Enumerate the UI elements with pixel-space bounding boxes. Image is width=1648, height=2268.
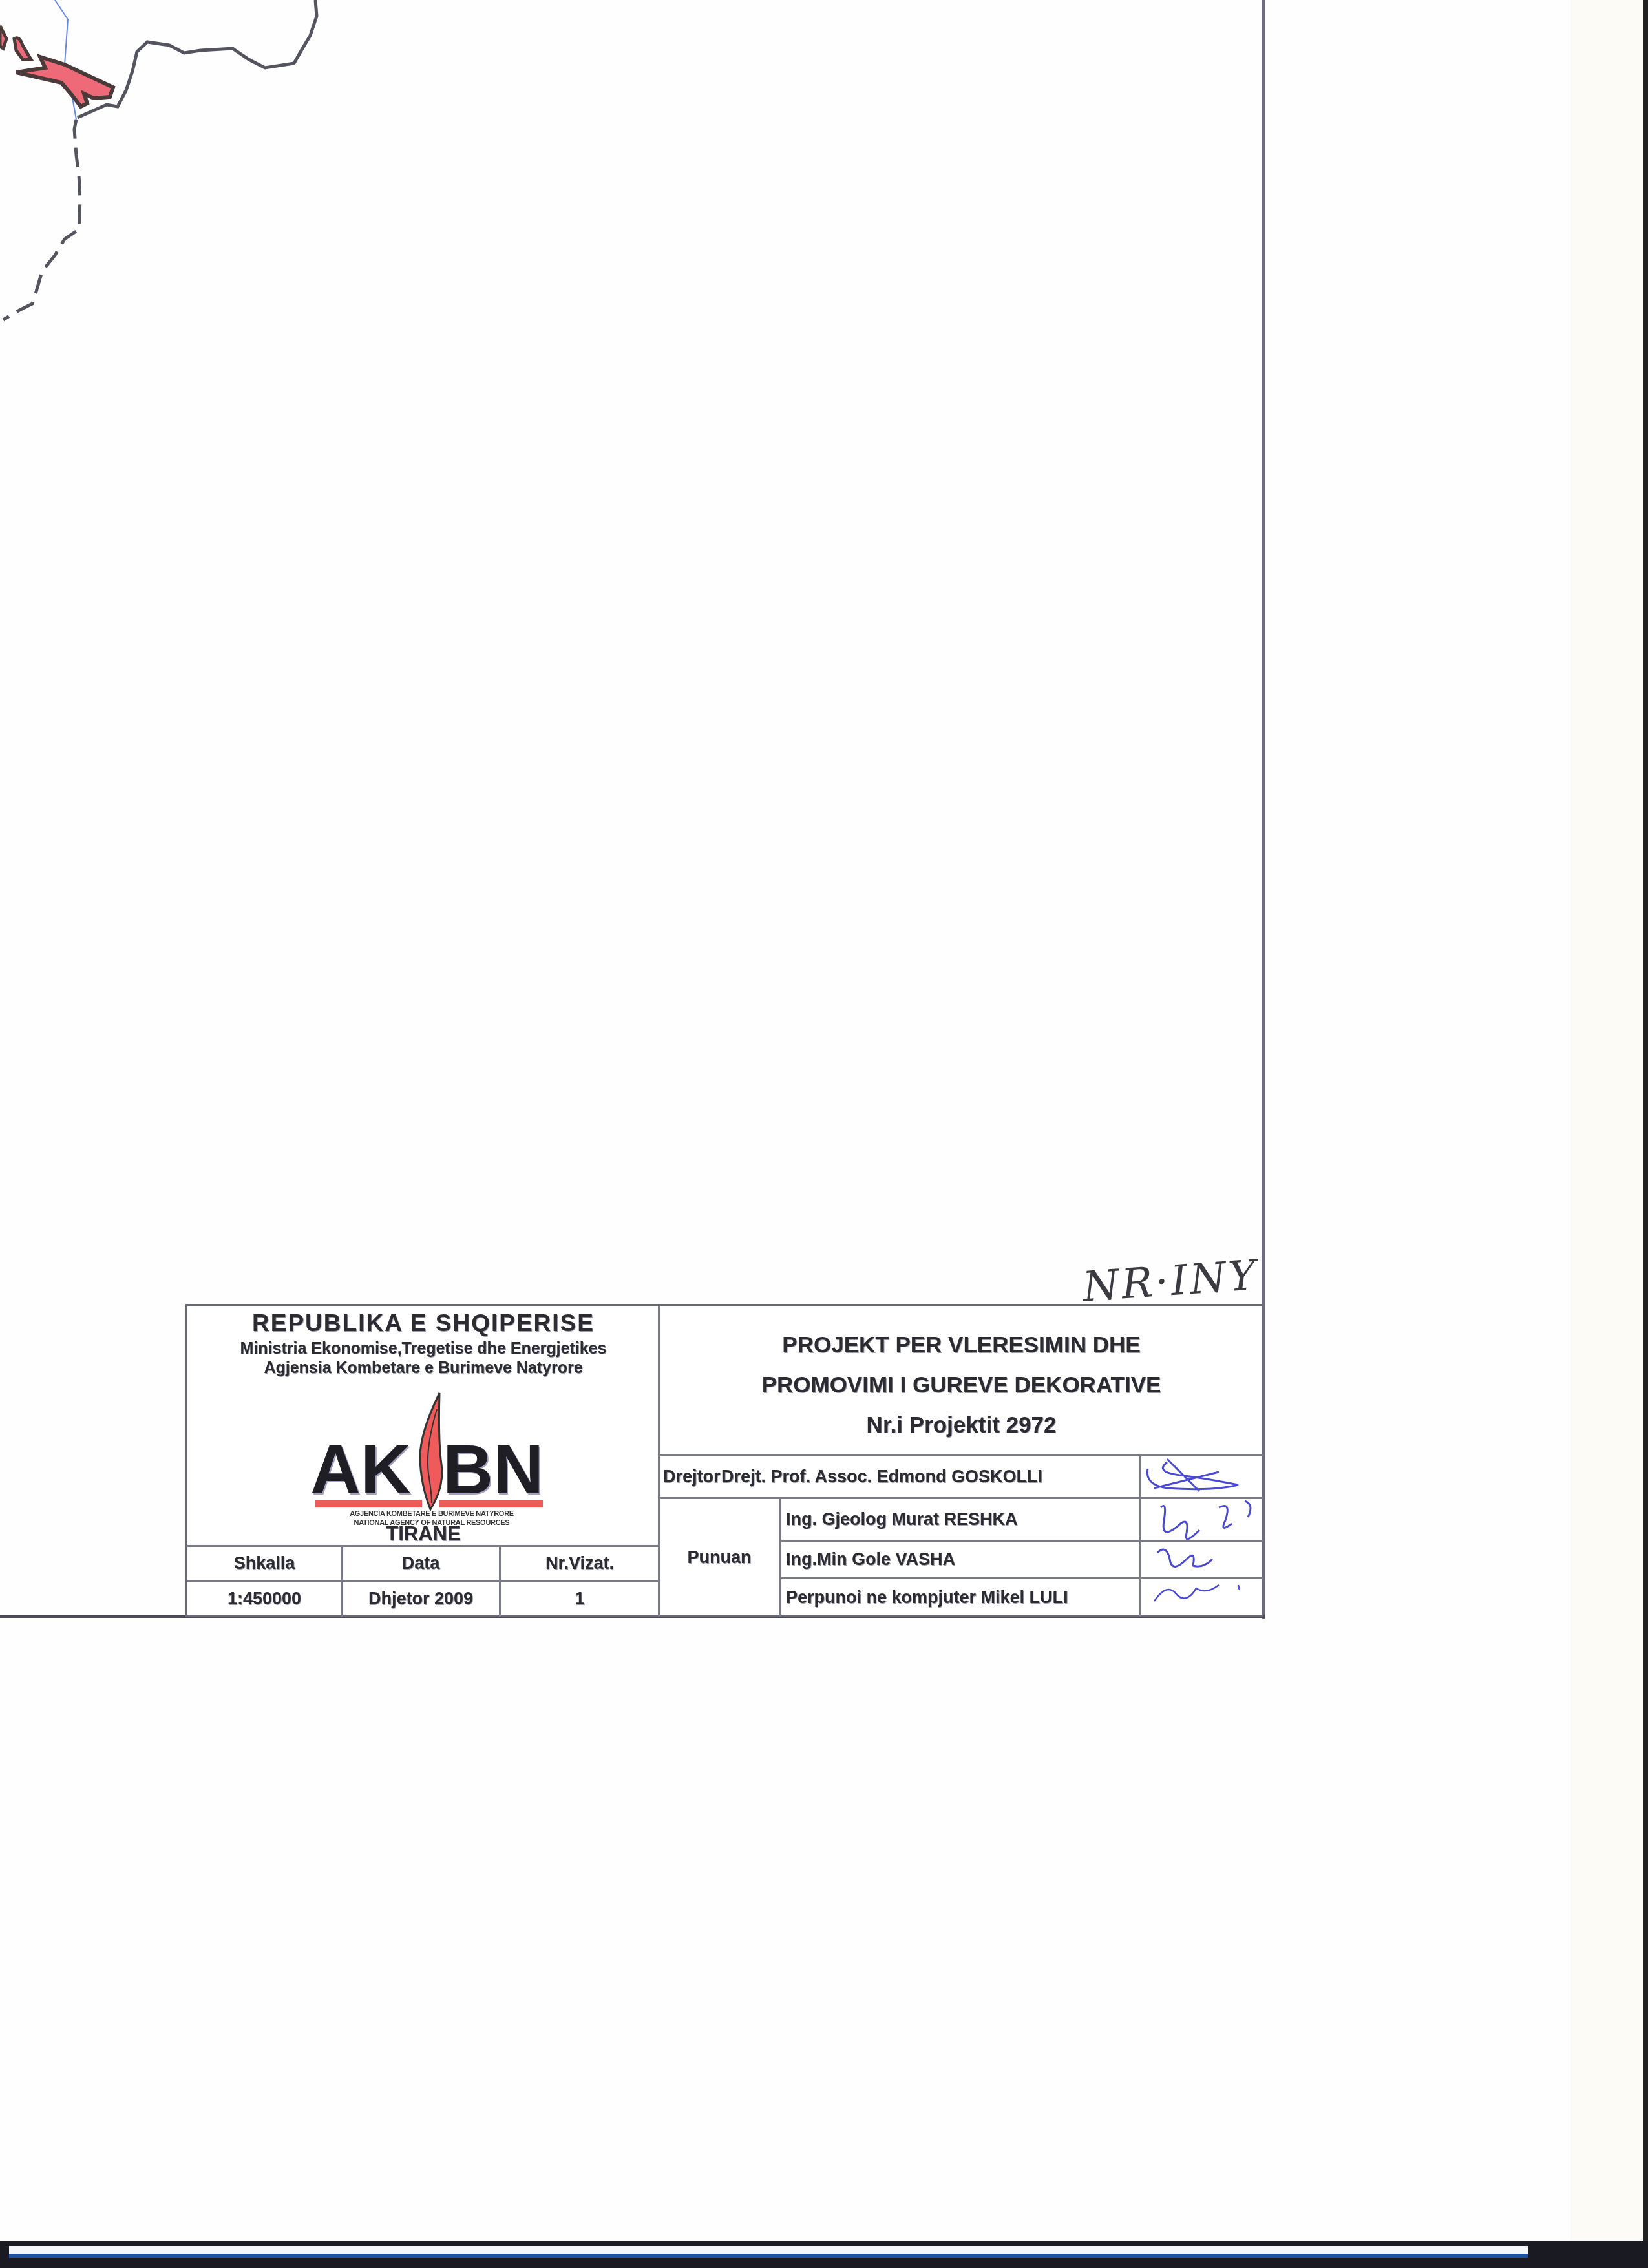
project-title-line: PROJEKT PER VLERESIMIN DHE (659, 1325, 1263, 1365)
akbn-logo: AK BN AGJENCIA KOMBETARE E BURIMEVE NATY… (310, 1390, 543, 1545)
project-title-line: PROMOVIMI I GUREVE DEKORATIVE (659, 1365, 1263, 1405)
country-name: REPUBLIKA E SHQIPERISE (187, 1310, 659, 1337)
signature-reshka (1161, 1501, 1251, 1539)
signature-luli (1154, 1585, 1240, 1601)
map-fragment (0, 0, 388, 401)
logo-subtitle-sq: AGJENCIA KOMBETARE E BURIMEVE NATYRORE (315, 1510, 548, 1518)
scan-edge-right (1643, 0, 1648, 2242)
underlying-sheet-edge (9, 2246, 1528, 2258)
scale-value: 1:450000 (187, 1581, 341, 1617)
project-number: Nr.i Projektit 2972 (659, 1405, 1263, 1445)
signature-marks (1141, 1456, 1264, 1616)
divider (779, 1497, 781, 1617)
logo-letters-left: AK (310, 1429, 411, 1509)
worker-name: Perpunoi ne kompjuter Mikel LULI (786, 1579, 1138, 1617)
drawing-number-header: Nr.Vizat. (500, 1546, 659, 1580)
worked-by-label: Punuan (659, 1498, 779, 1617)
worker-name: Ing. Gjeolog Murat RESHKA (786, 1498, 1138, 1540)
boundary-line (3, 120, 80, 320)
geology-polygon (14, 38, 31, 59)
boundary-line (78, 0, 317, 118)
logo-letters-right: BN (443, 1429, 544, 1509)
title-block: REPUBLIKA E SHQIPERISE Ministria Ekonomi… (185, 1304, 1263, 1617)
signature-vasha (1157, 1549, 1212, 1566)
geology-polygon (16, 57, 113, 107)
agency-name: Agjensia Kombetare e Burimeve Natyrore (187, 1359, 659, 1378)
director-role: Drejtor (663, 1456, 721, 1497)
city-name: TIRANE (187, 1522, 659, 1546)
river-line (55, 0, 76, 120)
scale-header: Shkalla (187, 1546, 341, 1580)
date-value: Dhjetor 2009 (343, 1581, 499, 1617)
project-title: PROJEKT PER VLERESIMIN DHE PROMOVIMI I G… (659, 1325, 1263, 1445)
drawing-number-value: 1 (500, 1581, 659, 1617)
director-name: Drejt. Prof. Assoc. Edmond GOSKOLLI (721, 1456, 1138, 1497)
ministry-name: Ministria Ekonomise,Tregetise dhe Energj… (187, 1339, 659, 1358)
paper-margin (1570, 0, 1645, 2242)
logo-bar-left (315, 1500, 422, 1507)
logo-bar-right (439, 1500, 543, 1507)
worker-name: Ing.Min Gole VASHA (786, 1541, 1138, 1577)
signature-director (1147, 1459, 1238, 1491)
date-header: Data (343, 1546, 499, 1580)
geology-polygon (0, 26, 6, 48)
